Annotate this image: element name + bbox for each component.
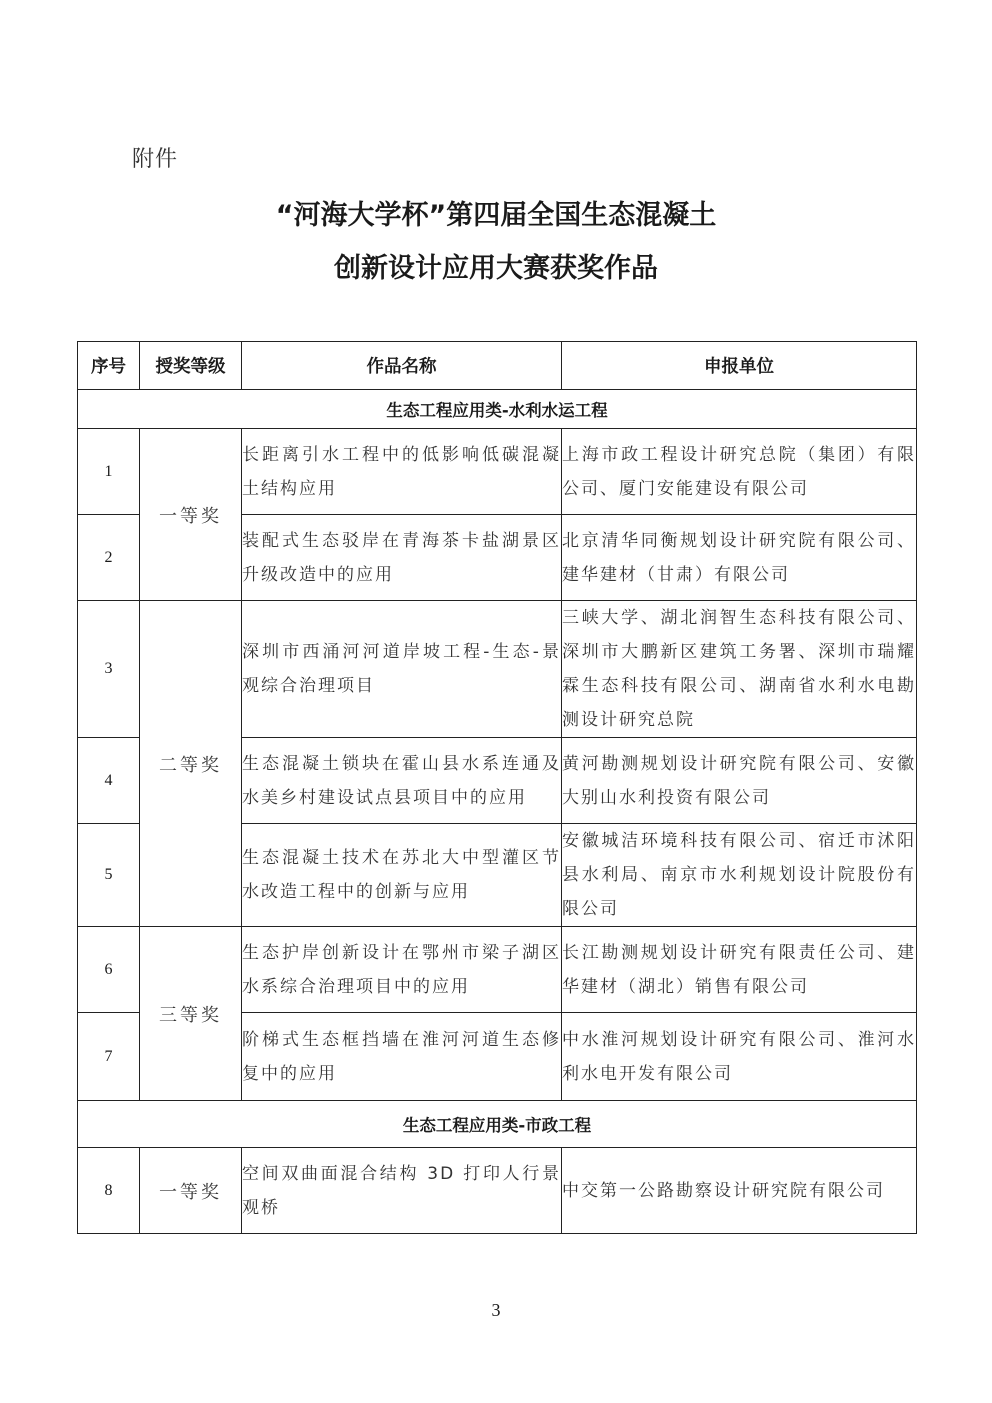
column-header-applicant: 申报单位 bbox=[562, 342, 917, 390]
table-header-row: 序号 授奖等级 作品名称 申报单位 bbox=[78, 342, 917, 390]
work-name: 装配式生态驳岸在青海茶卡盐湖景区升级改造中的应用 bbox=[242, 515, 562, 601]
awards-table: 序号 授奖等级 作品名称 申报单位 生态工程应用类-水利水运工程 1 一等奖 长… bbox=[77, 341, 917, 1234]
column-header-award-level: 授奖等级 bbox=[140, 342, 242, 390]
row-number: 3 bbox=[78, 601, 140, 738]
work-name: 生态护岸创新设计在鄂州市梁子湖区水系综合治理项目中的应用 bbox=[242, 927, 562, 1013]
applicant-unit: 黄河勘测规划设计研究院有限公司、安徽大别山水利投资有限公司 bbox=[562, 738, 917, 824]
document-title-line-2: 创新设计应用大赛获奖作品 bbox=[0, 246, 992, 285]
row-number: 4 bbox=[78, 738, 140, 824]
page-number: 3 bbox=[0, 1300, 992, 1321]
award-level: 一等奖 bbox=[140, 429, 242, 601]
applicant-unit: 安徽城洁环境科技有限公司、宿迁市沭阳县水利局、南京市水利规划设计院股份有限公司 bbox=[562, 824, 917, 927]
section-title: 生态工程应用类-水利水运工程 bbox=[78, 390, 917, 429]
table-row: 6 三等奖 生态护岸创新设计在鄂州市梁子湖区水系综合治理项目中的应用 长江勘测规… bbox=[78, 927, 917, 1013]
work-name: 空间双曲面混合结构 3D 打印人行景观桥 bbox=[242, 1148, 562, 1234]
work-name: 生态混凝土锁块在霍山县水系连通及水美乡村建设试点县项目中的应用 bbox=[242, 738, 562, 824]
applicant-unit: 中水淮河规划设计研究有限公司、淮河水利水电开发有限公司 bbox=[562, 1013, 917, 1101]
work-name: 生态混凝土技术在苏北大中型灌区节水改造工程中的创新与应用 bbox=[242, 824, 562, 927]
award-level: 二等奖 bbox=[140, 601, 242, 927]
section-title: 生态工程应用类-市政工程 bbox=[78, 1101, 917, 1148]
table-row: 8 一等奖 空间双曲面混合结构 3D 打印人行景观桥 中交第一公路勘察设计研究院… bbox=[78, 1148, 917, 1234]
column-header-work-name: 作品名称 bbox=[242, 342, 562, 390]
award-level: 一等奖 bbox=[140, 1148, 242, 1234]
attachment-label: 附件 bbox=[132, 142, 178, 173]
row-number: 8 bbox=[78, 1148, 140, 1234]
column-header-number: 序号 bbox=[78, 342, 140, 390]
applicant-unit: 上海市政工程设计研究总院（集团）有限公司、厦门安能建设有限公司 bbox=[562, 429, 917, 515]
section-row: 生态工程应用类-市政工程 bbox=[78, 1101, 917, 1148]
row-number: 6 bbox=[78, 927, 140, 1013]
work-name: 深圳市西涌河河道岸坡工程-生态-景观综合治理项目 bbox=[242, 601, 562, 738]
section-row: 生态工程应用类-水利水运工程 bbox=[78, 390, 917, 429]
row-number: 5 bbox=[78, 824, 140, 927]
document-title-line-1: “河海大学杯”第四届全国生态混凝土 bbox=[0, 193, 992, 232]
row-number: 7 bbox=[78, 1013, 140, 1101]
applicant-unit: 中交第一公路勘察设计研究院有限公司 bbox=[562, 1148, 917, 1234]
table-row: 3 二等奖 深圳市西涌河河道岸坡工程-生态-景观综合治理项目 三峡大学、湖北润智… bbox=[78, 601, 917, 738]
work-name: 长距离引水工程中的低影响低碳混凝土结构应用 bbox=[242, 429, 562, 515]
table-row: 1 一等奖 长距离引水工程中的低影响低碳混凝土结构应用 上海市政工程设计研究总院… bbox=[78, 429, 917, 515]
applicant-unit: 三峡大学、湖北润智生态科技有限公司、深圳市大鹏新区建筑工务署、深圳市瑞耀霖生态科… bbox=[562, 601, 917, 738]
row-number: 2 bbox=[78, 515, 140, 601]
applicant-unit: 北京清华同衡规划设计研究院有限公司、建华建材（甘肃）有限公司 bbox=[562, 515, 917, 601]
award-level: 三等奖 bbox=[140, 927, 242, 1101]
work-name: 阶梯式生态框挡墙在淮河河道生态修复中的应用 bbox=[242, 1013, 562, 1101]
applicant-unit: 长江勘测规划设计研究有限责任公司、建华建材（湖北）销售有限公司 bbox=[562, 927, 917, 1013]
row-number: 1 bbox=[78, 429, 140, 515]
